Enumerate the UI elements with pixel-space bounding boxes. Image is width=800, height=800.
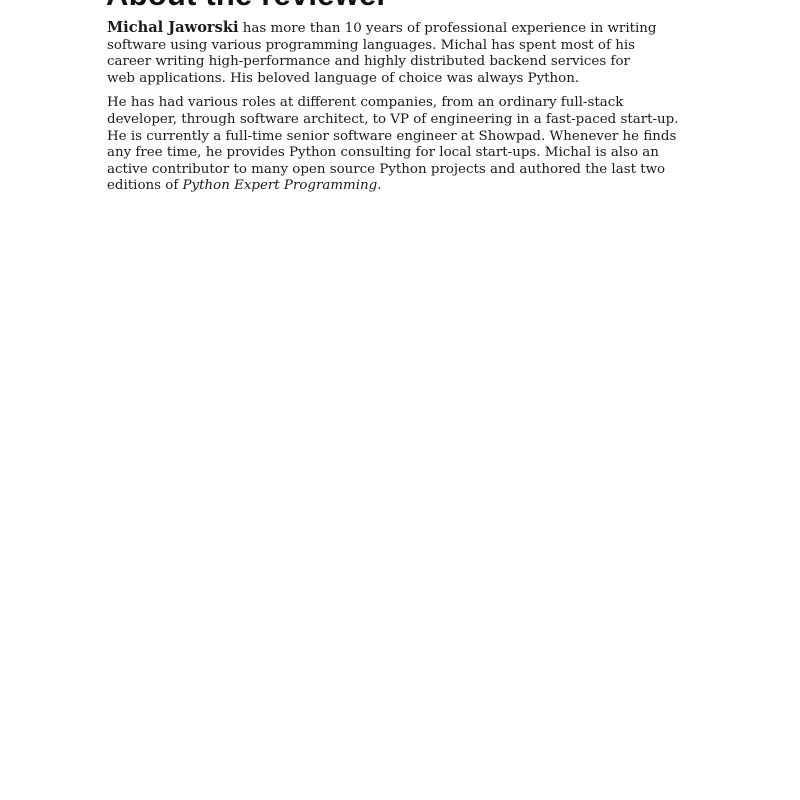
text-line: Michal Jaworski has more than 10 years o… xyxy=(107,20,707,38)
text-fragment: . xyxy=(377,178,381,193)
text-line: editions of Python Expert Programming. xyxy=(107,178,707,195)
text-line: He is currently a full-time senior softw… xyxy=(107,129,707,146)
book-title: Python Expert Programming xyxy=(183,178,378,193)
reviewer-bio: Michal Jaworski has more than 10 years o… xyxy=(107,20,707,195)
text-line: any free time, he provides Python consul… xyxy=(107,145,707,162)
text-line: developer, through software architect, t… xyxy=(107,112,707,129)
text-line: career writing high-performance and high… xyxy=(107,54,707,71)
text-line: web applications. His beloved language o… xyxy=(107,71,707,88)
section-heading: About the reviewer xyxy=(106,0,389,12)
text-line: active contributor to many open source P… xyxy=(107,162,707,179)
text-fragment: editions of xyxy=(107,178,183,193)
reviewer-name: Michal Jaworski xyxy=(107,19,239,36)
text-line: He has had various roles at different co… xyxy=(107,95,707,112)
bio-paragraph-2: He has had various roles at different co… xyxy=(107,95,707,195)
text-line: software using various programming langu… xyxy=(107,38,707,55)
bio-paragraph-1: Michal Jaworski has more than 10 years o… xyxy=(107,20,707,87)
text-fragment: has more than 10 years of professional e… xyxy=(239,21,657,36)
document-page: About the reviewer Michal Jaworski has m… xyxy=(0,0,800,800)
